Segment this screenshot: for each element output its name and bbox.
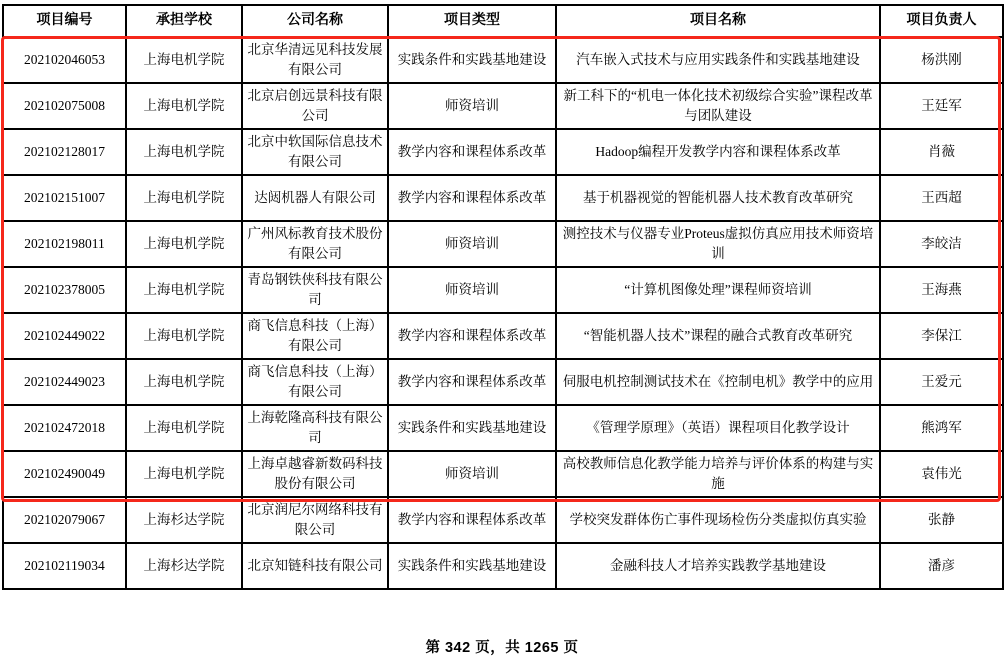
table-row: 202102449022 上海电机学院 商飞信息科技（上海）有限公司 教学内容和… bbox=[3, 313, 1003, 359]
cell-company: 达闼机器人有限公司 bbox=[242, 175, 388, 221]
cell-project-name: 伺服电机控制测试技术在《控制电机》教学中的应用 bbox=[556, 359, 880, 405]
cell-school: 上海电机学院 bbox=[126, 405, 242, 451]
cell-project-leader: 王海燕 bbox=[880, 267, 1003, 313]
cell-project-id: 202102472018 bbox=[3, 405, 126, 451]
cell-company: 北京启创远景科技有限公司 bbox=[242, 83, 388, 129]
cell-project-leader: 袁伟光 bbox=[880, 451, 1003, 497]
table-row: 202102151007 上海电机学院 达闼机器人有限公司 教学内容和课程体系改… bbox=[3, 175, 1003, 221]
cell-school: 上海电机学院 bbox=[126, 221, 242, 267]
cell-project-leader: 李保江 bbox=[880, 313, 1003, 359]
cell-project-id: 202102128017 bbox=[3, 129, 126, 175]
table-row: 202102490049 上海电机学院 上海卓越睿新数码科技股份有限公司 师资培… bbox=[3, 451, 1003, 497]
cell-school: 上海电机学院 bbox=[126, 37, 242, 83]
table-row: 202102449023 上海电机学院 商飞信息科技（上海）有限公司 教学内容和… bbox=[3, 359, 1003, 405]
cell-project-leader: 王爱元 bbox=[880, 359, 1003, 405]
cell-project-id: 202102449023 bbox=[3, 359, 126, 405]
cell-project-name: 《管理学原理》（英语）课程项目化教学设计 bbox=[556, 405, 880, 451]
cell-project-leader: 潘彦 bbox=[880, 543, 1003, 589]
cell-project-id: 202102449022 bbox=[3, 313, 126, 359]
cell-company: 上海乾隆高科技有限公司 bbox=[242, 405, 388, 451]
cell-school: 上海电机学院 bbox=[126, 451, 242, 497]
cell-project-type: 教学内容和课程体系改革 bbox=[388, 175, 556, 221]
cell-school: 上海杉达学院 bbox=[126, 497, 242, 543]
table-row: 202102472018 上海电机学院 上海乾隆高科技有限公司 实践条件和实践基… bbox=[3, 405, 1003, 451]
table-row: 202102128017 上海电机学院 北京中软国际信息技术有限公司 教学内容和… bbox=[3, 129, 1003, 175]
cell-project-type: 师资培训 bbox=[388, 451, 556, 497]
cell-project-name: “计算机图像处理”课程师资培训 bbox=[556, 267, 880, 313]
cell-project-leader: 杨洪刚 bbox=[880, 37, 1003, 83]
table-row: 202102075008 上海电机学院 北京启创远景科技有限公司 师资培训 新工… bbox=[3, 83, 1003, 129]
page-indicator: 第 342 页，共 1265 页 bbox=[0, 636, 1004, 657]
cell-school: 上海电机学院 bbox=[126, 83, 242, 129]
cell-project-name: 高校教师信息化教学能力培养与评价体系的构建与实施 bbox=[556, 451, 880, 497]
cell-school: 上海电机学院 bbox=[126, 129, 242, 175]
cell-project-leader: 王廷军 bbox=[880, 83, 1003, 129]
col-header-project-type: 项目类型 bbox=[388, 5, 556, 37]
table-row: 202102046053 上海电机学院 北京华清远见科技发展有限公司 实践条件和… bbox=[3, 37, 1003, 83]
cell-project-type: 实践条件和实践基地建设 bbox=[388, 37, 556, 83]
cell-project-id: 202102378005 bbox=[3, 267, 126, 313]
cell-project-id: 202102046053 bbox=[3, 37, 126, 83]
cell-project-type: 师资培训 bbox=[388, 267, 556, 313]
cell-company: 北京润尼尔网络科技有限公司 bbox=[242, 497, 388, 543]
cell-project-leader: 王西超 bbox=[880, 175, 1003, 221]
cell-company: 商飞信息科技（上海）有限公司 bbox=[242, 313, 388, 359]
col-header-company: 公司名称 bbox=[242, 5, 388, 37]
cell-company: 北京知链科技有限公司 bbox=[242, 543, 388, 589]
cell-project-id: 202102119034 bbox=[3, 543, 126, 589]
cell-project-type: 教学内容和课程体系改革 bbox=[388, 359, 556, 405]
cell-project-id: 202102198011 bbox=[3, 221, 126, 267]
table-row: 202102119034 上海杉达学院 北京知链科技有限公司 实践条件和实践基地… bbox=[3, 543, 1003, 589]
cell-company: 广州风标教育技术股份有限公司 bbox=[242, 221, 388, 267]
cell-project-type: 教学内容和课程体系改革 bbox=[388, 497, 556, 543]
col-header-project-name: 项目名称 bbox=[556, 5, 880, 37]
cell-company: 北京华清远见科技发展有限公司 bbox=[242, 37, 388, 83]
cell-project-name: 测控技术与仪器专业Proteus虚拟仿真应用技术师资培训 bbox=[556, 221, 880, 267]
cell-school: 上海杉达学院 bbox=[126, 543, 242, 589]
cell-school: 上海电机学院 bbox=[126, 359, 242, 405]
cell-project-id: 202102075008 bbox=[3, 83, 126, 129]
cell-school: 上海电机学院 bbox=[126, 267, 242, 313]
cell-project-id: 202102151007 bbox=[3, 175, 126, 221]
cell-project-name: 汽车嵌入式技术与应用实践条件和实践基地建设 bbox=[556, 37, 880, 83]
table-row: 202102079067 上海杉达学院 北京润尼尔网络科技有限公司 教学内容和课… bbox=[3, 497, 1003, 543]
cell-project-type: 师资培训 bbox=[388, 221, 556, 267]
col-header-school: 承担学校 bbox=[126, 5, 242, 37]
cell-project-type: 实践条件和实践基地建设 bbox=[388, 543, 556, 589]
cell-company: 商飞信息科技（上海）有限公司 bbox=[242, 359, 388, 405]
cell-school: 上海电机学院 bbox=[126, 313, 242, 359]
header-row: 项目编号 承担学校 公司名称 项目类型 项目名称 项目负责人 bbox=[3, 5, 1003, 37]
table-row: 202102198011 上海电机学院 广州风标教育技术股份有限公司 师资培训 … bbox=[3, 221, 1003, 267]
cell-project-name: 学校突发群体伤亡事件现场检伤分类虚拟仿真实验 bbox=[556, 497, 880, 543]
cell-project-id: 202102079067 bbox=[3, 497, 126, 543]
projects-table: 项目编号 承担学校 公司名称 项目类型 项目名称 项目负责人 202102046… bbox=[2, 4, 1004, 590]
cell-project-type: 实践条件和实践基地建设 bbox=[388, 405, 556, 451]
cell-project-type: 师资培训 bbox=[388, 83, 556, 129]
cell-school: 上海电机学院 bbox=[126, 175, 242, 221]
cell-project-name: Hadoop编程开发教学内容和课程体系改革 bbox=[556, 129, 880, 175]
cell-company: 青岛钢铁侠科技有限公司 bbox=[242, 267, 388, 313]
cell-project-leader: 张静 bbox=[880, 497, 1003, 543]
cell-project-name: 金融科技人才培养实践教学基地建设 bbox=[556, 543, 880, 589]
cell-project-name: “智能机器人技术”课程的融合式教育改革研究 bbox=[556, 313, 880, 359]
cell-company: 上海卓越睿新数码科技股份有限公司 bbox=[242, 451, 388, 497]
cell-project-name: 新工科下的“机电一体化技术初级综合实验”课程改革与团队建设 bbox=[556, 83, 880, 129]
cell-project-name: 基于机器视觉的智能机器人技术教育改革研究 bbox=[556, 175, 880, 221]
cell-project-leader: 熊鸿军 bbox=[880, 405, 1003, 451]
cell-company: 北京中软国际信息技术有限公司 bbox=[242, 129, 388, 175]
cell-project-type: 教学内容和课程体系改革 bbox=[388, 129, 556, 175]
col-header-project-id: 项目编号 bbox=[3, 5, 126, 37]
cell-project-type: 教学内容和课程体系改革 bbox=[388, 313, 556, 359]
table-row: 202102378005 上海电机学院 青岛钢铁侠科技有限公司 师资培训 “计算… bbox=[3, 267, 1003, 313]
cell-project-leader: 肖薇 bbox=[880, 129, 1003, 175]
cell-project-id: 202102490049 bbox=[3, 451, 126, 497]
col-header-project-leader: 项目负责人 bbox=[880, 5, 1003, 37]
cell-project-leader: 李皎洁 bbox=[880, 221, 1003, 267]
